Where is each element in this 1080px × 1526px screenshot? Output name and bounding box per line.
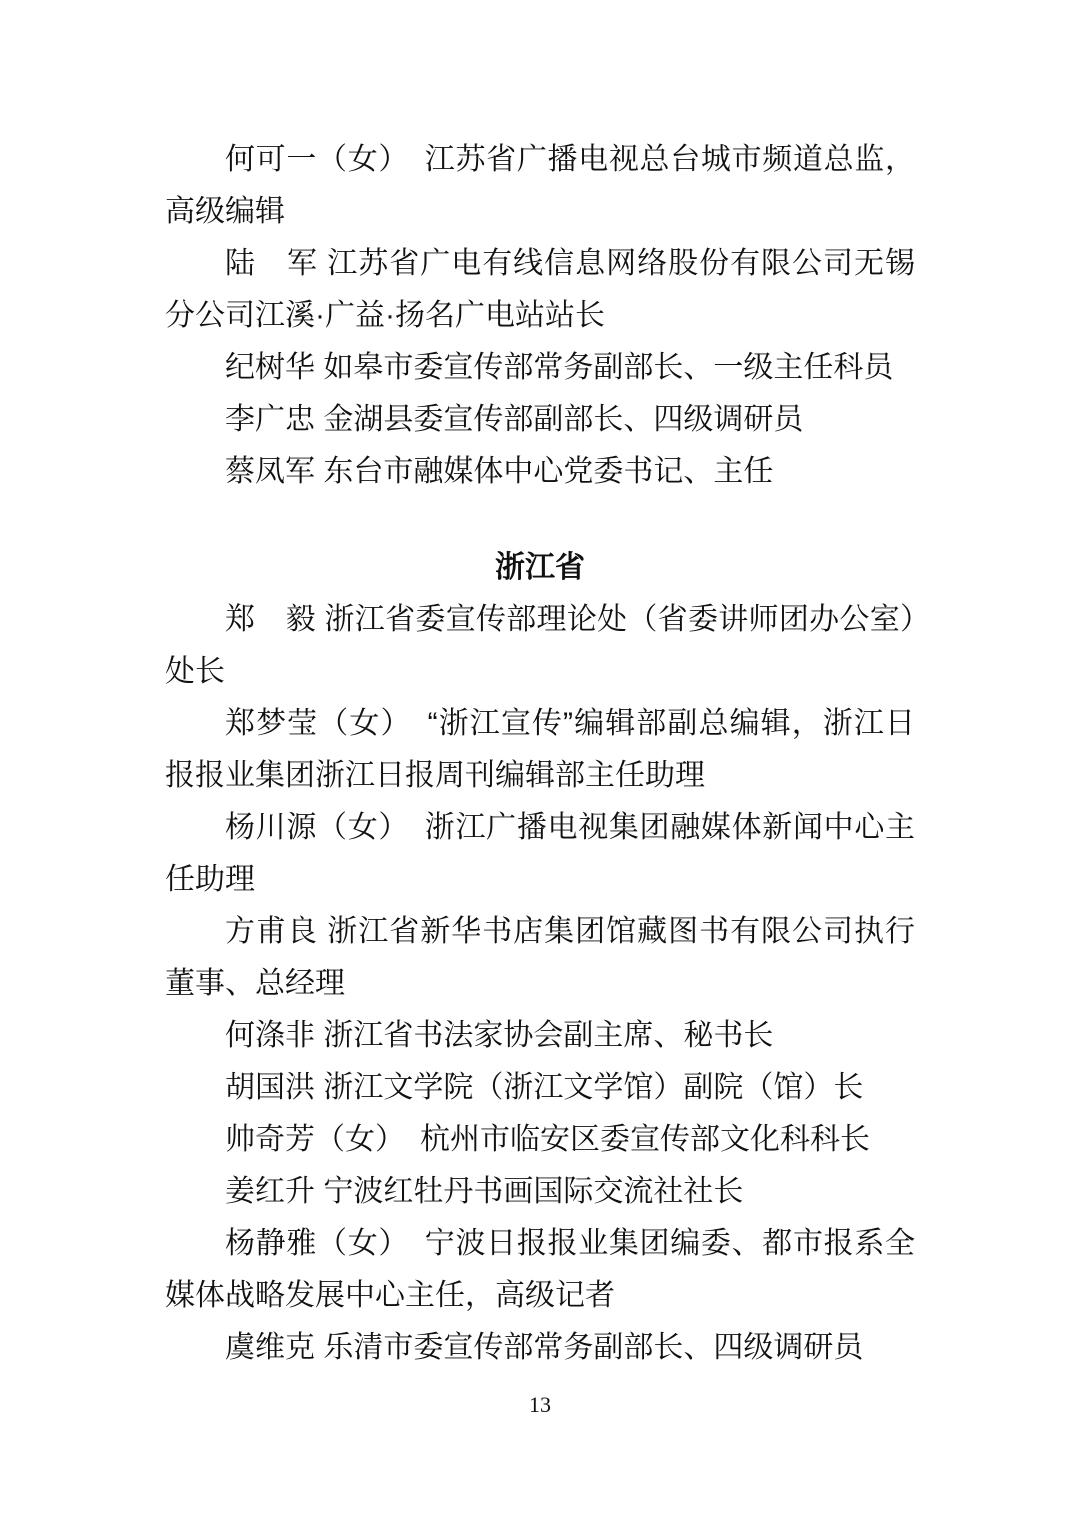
award-entry: 方甫良 浙江省新华书店集团馆藏图书有限公司执行董事、总经理: [165, 906, 915, 1010]
person-name: 李广忠: [225, 403, 315, 436]
award-entry: 虞维克 乐清市委宣传部常务副部长、四级调研员: [165, 1322, 915, 1374]
person-title: 浙江省书法家协会副主席、秘书长: [323, 1019, 773, 1052]
person-name: 郑 毅: [225, 603, 316, 636]
award-entry: 郑梦莹（女） “浙江宣传”编辑部副总编辑，浙江日报报业集团浙江日报周刊编辑部主任…: [165, 698, 915, 802]
person-title: 金湖县委宣传部副部长、四级调研员: [323, 403, 803, 436]
person-name: 方甫良: [225, 915, 318, 948]
award-entry: 陆 军 江苏省广电有线信息网络股份有限公司无锡分公司江溪·广益·扬名广电站站长: [165, 238, 915, 342]
person-name: 蔡凤军: [225, 455, 315, 488]
person-name: 何可一（女）: [225, 143, 394, 176]
person-title: 宁波红牡丹书画国际交流社社长: [323, 1175, 743, 1208]
person-name: 胡国洪: [225, 1071, 315, 1104]
name-title-separator: [318, 247, 327, 280]
award-entry: 何可一（女） 江苏省广播电视总台城市频道总监，高级编辑: [165, 134, 915, 238]
person-title: 乐清市委宣传部常务副部长、四级调研员: [323, 1331, 863, 1364]
document-body: 何可一（女） 江苏省广播电视总台城市频道总监，高级编辑 陆 军 江苏省广电有线信…: [165, 134, 915, 1374]
name-title-separator: [397, 707, 428, 740]
section-zhejiang: 浙江省 郑 毅 浙江省委宣传部理论处（省委讲师团办公室）处长 郑梦莹（女） “浙…: [165, 542, 915, 1374]
award-entry: 郑 毅 浙江省委宣传部理论处（省委讲师团办公室）处长: [165, 594, 915, 698]
person-name: 何涤非: [225, 1019, 315, 1052]
person-name: 郑梦莹（女）: [225, 707, 397, 740]
award-entry: 李广忠 金湖县委宣传部副部长、四级调研员: [165, 394, 915, 446]
name-title-separator: [394, 1227, 425, 1260]
page-number: 13: [165, 1392, 915, 1418]
person-name: 陆 军: [225, 247, 318, 280]
award-entry: 姜红升 宁波红牡丹书画国际交流社社长: [165, 1166, 915, 1218]
person-title: 杭州市临安区委宣传部文化科科长: [420, 1123, 870, 1156]
name-title-separator: [318, 915, 327, 948]
person-name: 纪树华: [225, 351, 315, 384]
award-entry: 何涤非 浙江省书法家协会副主席、秘书长: [165, 1010, 915, 1062]
award-entry: 纪树华 如皋市委宣传部常务副部长、一级主任科员: [165, 342, 915, 394]
person-name: 帅奇芳（女）: [225, 1123, 390, 1156]
province-heading: 浙江省: [165, 542, 915, 594]
award-entry: 蔡凤军 东台市融媒体中心党委书记、主任: [165, 446, 915, 498]
person-name: 杨川源（女）: [225, 811, 394, 844]
person-title: 浙江文学院（浙江文学馆）副院（馆）长: [323, 1071, 863, 1104]
name-title-separator: [316, 603, 325, 636]
award-entry: 帅奇芳（女） 杭州市临安区委宣传部文化科科长: [165, 1114, 915, 1166]
name-title-separator: [394, 811, 425, 844]
person-name: 姜红升: [225, 1175, 315, 1208]
person-name: 杨静雅（女）: [225, 1227, 394, 1260]
person-title: 如皋市委宣传部常务副部长、一级主任科员: [323, 351, 893, 384]
person-title: 东台市融媒体中心党委书记、主任: [323, 455, 773, 488]
award-entry: 杨川源（女） 浙江广播电视集团融媒体新闻中心主任助理: [165, 802, 915, 906]
award-entry: 胡国洪 浙江文学院（浙江文学馆）副院（馆）长: [165, 1062, 915, 1114]
person-name: 虞维克: [225, 1331, 315, 1364]
award-entry: 杨静雅（女） 宁波日报报业集团编委、都市报系全媒体战略发展中心主任，高级记者: [165, 1218, 915, 1322]
name-title-separator: [394, 143, 425, 176]
section-jiangsu-continued: 何可一（女） 江苏省广播电视总台城市频道总监，高级编辑 陆 军 江苏省广电有线信…: [165, 134, 915, 498]
document-page: 何可一（女） 江苏省广播电视总台城市频道总监，高级编辑 陆 军 江苏省广电有线信…: [0, 0, 1080, 1526]
name-title-separator: [390, 1123, 420, 1156]
